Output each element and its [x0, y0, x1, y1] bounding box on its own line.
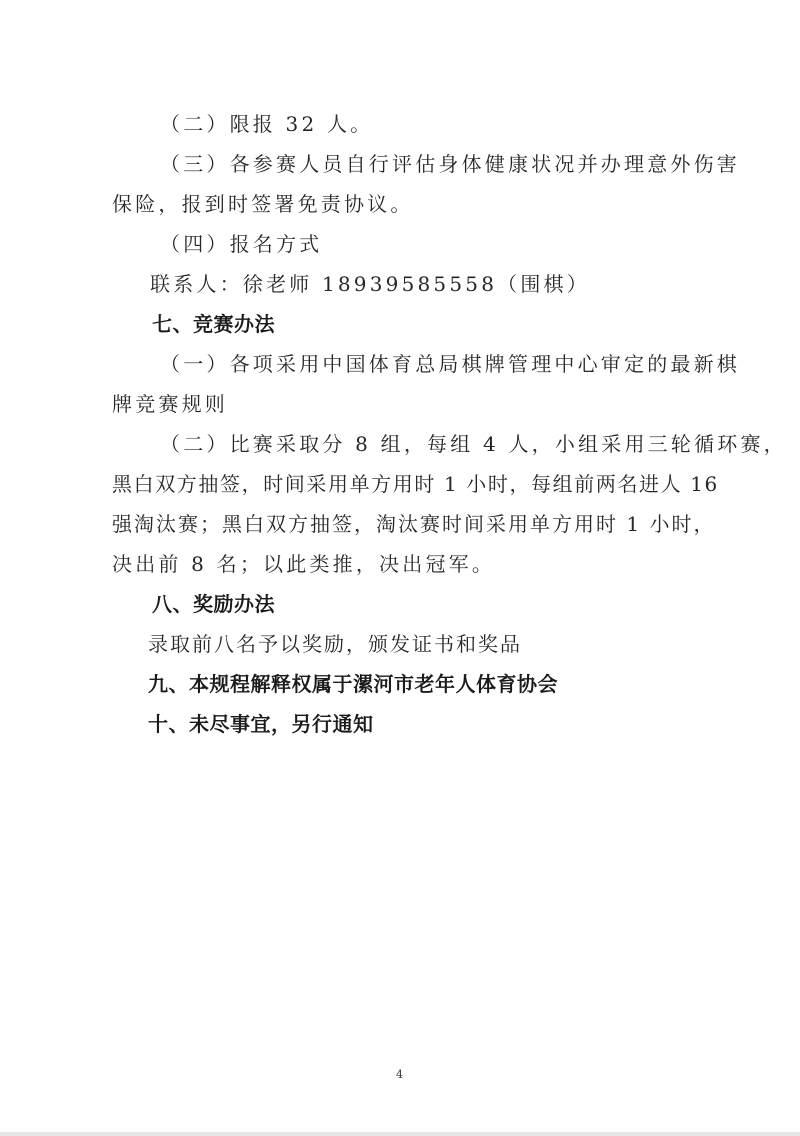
clause-insurance: （三）各参赛人员自行评估身体健康状况并办理意外伤害 — [160, 152, 740, 176]
section-heading-awards: 八、奖励办法 — [152, 592, 275, 616]
clause-rules-cont: 牌竞赛规则 — [112, 392, 228, 416]
page-number: 4 — [396, 1068, 403, 1081]
clause-format-cont-1: 黑白双方抽签，时间采用单方用时 1 小时，每组前两名进人 16 — [112, 472, 719, 496]
section-heading-misc: 十、未尽事宜，另行通知 — [148, 712, 374, 736]
clause-format-cont-3: 决出前 8 名；以此类推，决出冠军。 — [112, 552, 495, 576]
clause-format-cont-2: 强淘汰赛；黑白双方抽签，淘汰赛时间采用单方用时 1 小时， — [112, 512, 715, 536]
page-bottom-edge — [0, 1132, 800, 1136]
clause-limit: （二）限报 32 人。 — [160, 112, 373, 136]
clause-rules: （一）各项采用中国体育总局棋牌管理中心审定的最新棋 — [160, 352, 740, 376]
clause-registration: （四）报名方式 — [160, 232, 322, 256]
clause-format: （二）比赛采取分 8 组，每组 4 人，小组采用三轮循环赛， — [160, 432, 787, 456]
contact-info: 联系人：徐老师 18939585558（围棋） — [150, 272, 590, 296]
section-heading-competition: 七、竞赛办法 — [152, 312, 275, 336]
document-page: （二）限报 32 人。 （三）各参赛人员自行评估身体健康状况并办理意外伤害 保险… — [0, 0, 800, 1130]
section-heading-interpretation: 九、本规程解释权属于漯河市老年人体育协会 — [148, 672, 558, 696]
awards-description: 录取前八名予以奖励，颁发证书和奖品 — [148, 632, 522, 656]
clause-insurance-cont: 保险，报到时签署免责协议。 — [112, 192, 414, 216]
